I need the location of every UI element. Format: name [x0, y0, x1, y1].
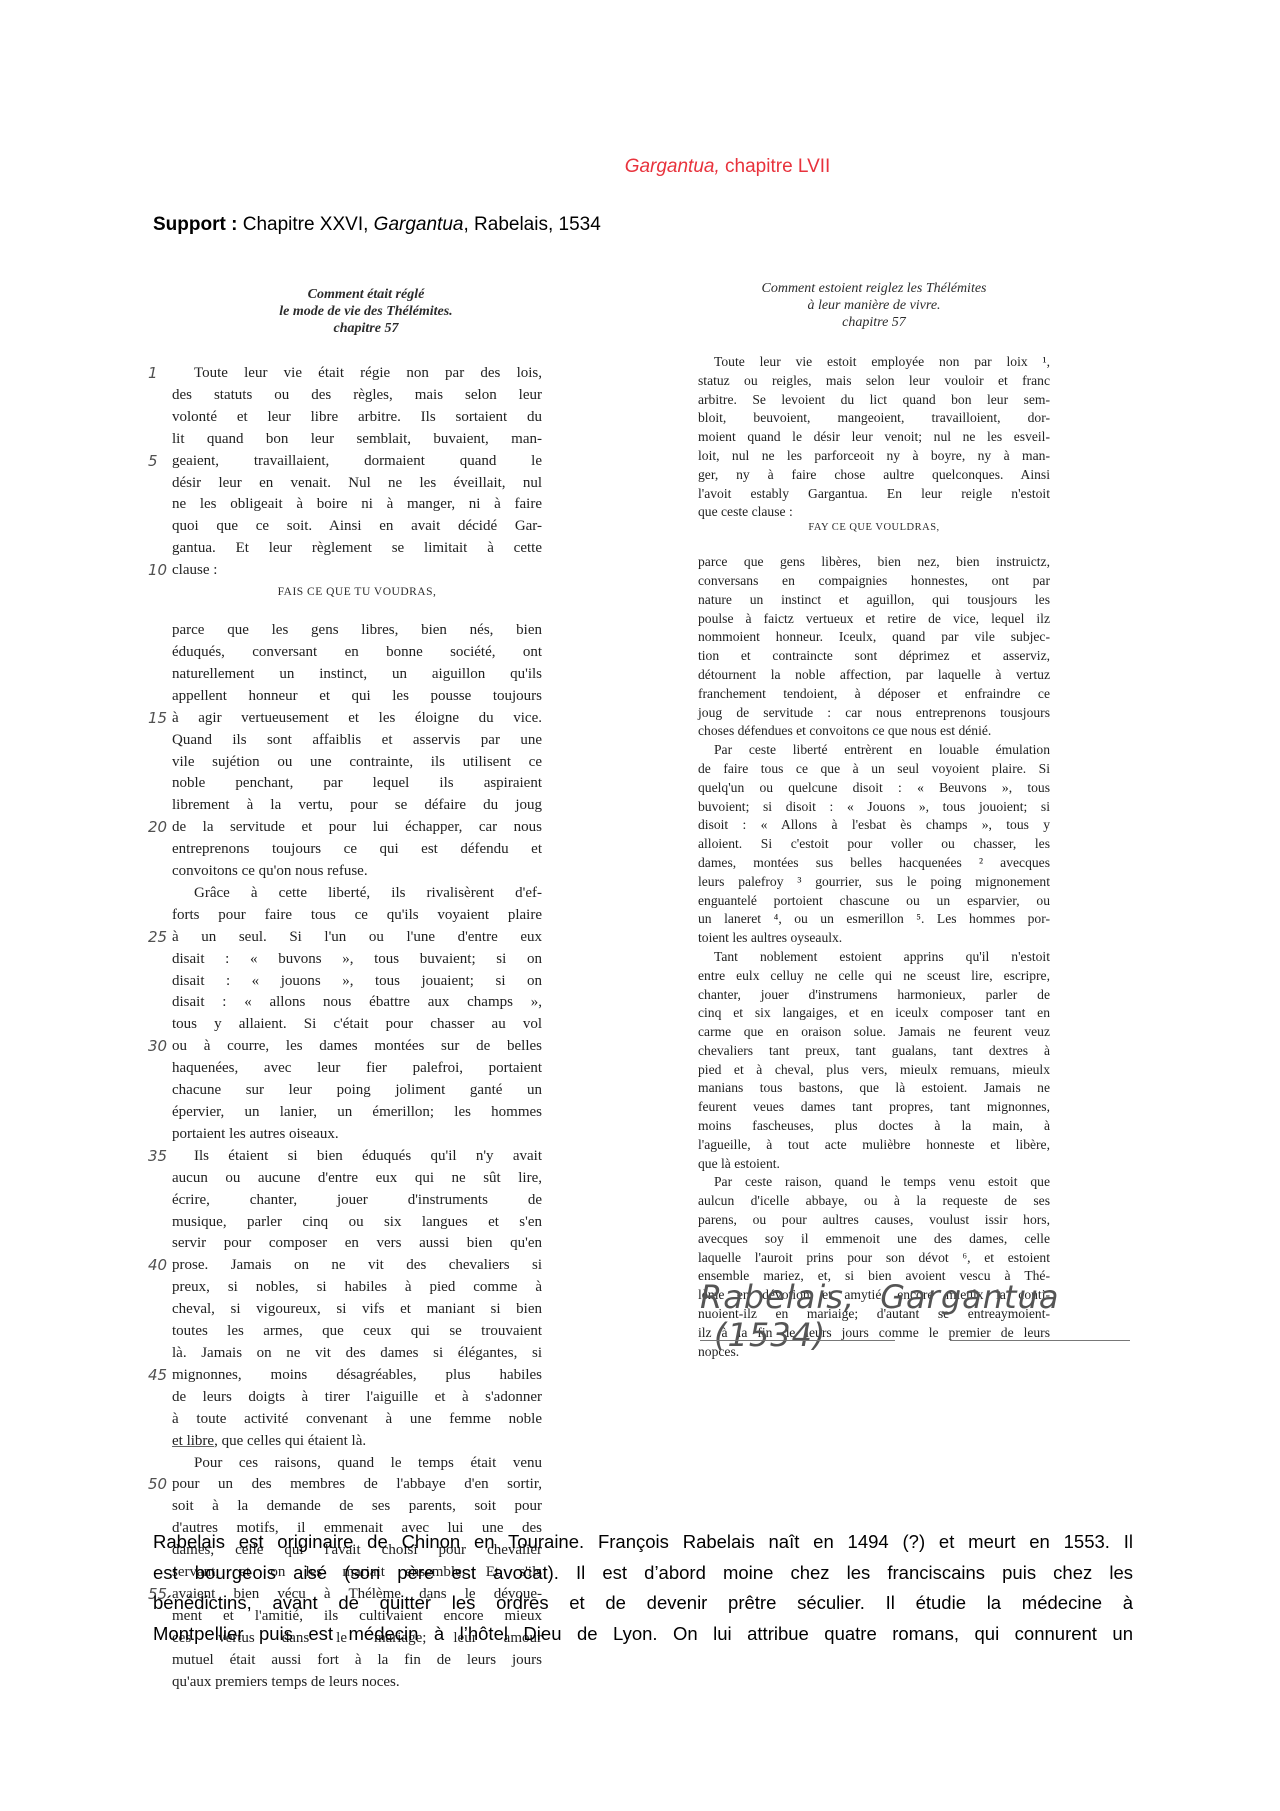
text-line: leurs palefroy ³ gourrier, sus le poing … [698, 873, 1050, 892]
text-line: Par ceste liberté entrèrent en louable é… [698, 741, 1050, 760]
biography-paragraph: Rabelais est originaire de Chinon en Tou… [153, 1527, 1133, 1649]
support-work: Gargantua [374, 214, 464, 235]
text-line: volonté et leur libre arbitre. Ils sorta… [172, 407, 542, 429]
text-line: disait : « buvons », tous buvaient; si o… [172, 949, 542, 971]
text-line: moient quand le désir leur venoit; nul n… [698, 428, 1050, 447]
text-line: de leurs doigts à tirer l'aiguille et à … [172, 1387, 542, 1409]
text-line: nommoient honneur. Iceulx, quand par vil… [698, 628, 1050, 647]
modern-text-block: Toute leur vie était régie non par des l… [150, 363, 542, 582]
text-line: prose. Jamais on ne vit des chevaliers s… [172, 1255, 542, 1277]
text-line: Pour ces raisons, quand le temps était v… [172, 1453, 542, 1475]
line-number: 20 [148, 817, 167, 839]
text-line: parens, ou pour aultres causes, voulust … [698, 1211, 1050, 1230]
text-line: manians tous bastons, que là estoient. J… [698, 1079, 1050, 1098]
text-line: servir pour composer en vers aussi bien … [172, 1233, 542, 1255]
line-number: 1 [148, 363, 158, 385]
text-line: loit, nul ne les parforceoit ny à boyre,… [698, 447, 1050, 466]
line-number: 5 [148, 451, 158, 473]
biography-line: Rabelais est originaire de Chinon en Tou… [153, 1527, 1133, 1558]
caption-author: Rabelais, [700, 1278, 855, 1316]
text-line: pour un des membres de l'abbaye d'en sor… [172, 1474, 542, 1496]
text-line: que là estoient. [698, 1155, 1050, 1174]
text-line: Ils étaient si bien éduqués qu'il n'y av… [172, 1146, 542, 1168]
text-line: toient les aultres oyseaulx. [698, 929, 1050, 948]
underlined-phrase: et libre [172, 1433, 214, 1449]
text-line: haquenées, avec leur fier palefroi, port… [172, 1058, 542, 1080]
caption-underline [950, 1340, 1130, 1341]
text-line: Tant noblement estoient apprins qu'il n'… [698, 948, 1050, 967]
text-line: aucun ou aucune d'entre eux qui ne sût l… [172, 1168, 542, 1190]
text-line: et libre, que celles qui étaient là. [172, 1431, 542, 1453]
text-line: geaient, travaillaient, dormaient quand … [172, 451, 542, 473]
modern-heading: Comment était réglé le mode de vie des T… [150, 286, 542, 337]
text-line: bloit, beuvoient, mangeoient, travailloi… [698, 409, 1050, 428]
original-text-block: parce que gens libères, bien nez, bien i… [698, 553, 1050, 1361]
text-line: convoitons ce qu'on nous refuse. [172, 861, 542, 883]
original-heading-chapter: chapitre 57 [698, 314, 1050, 331]
support-line: Support : Chapitre XXVI, Gargantua, Rabe… [153, 214, 601, 236]
text-line: écrire, chanter, jouer d'instruments de [172, 1190, 542, 1212]
text-line: mignonnes, moins désagréables, plus habi… [172, 1365, 542, 1387]
line-number: 50 [148, 1474, 167, 1496]
text-line: chevaliers tant preux, tant gualans, tan… [698, 1042, 1050, 1061]
handwritten-caption: Rabelais, Gargantua (1534) [700, 1278, 1130, 1348]
text-line: quoi que ce soit. Ainsi en avait décidé … [172, 516, 542, 538]
text-line: pied et à cheval, plus vers, mieulx remu… [698, 1061, 1050, 1080]
text-line: poulse à faictz vertueux et retire de vi… [698, 610, 1050, 629]
text-line: alloient. Si c'estoit pour voller ou cha… [698, 835, 1050, 854]
support-author-year: , Rabelais, 1534 [463, 214, 600, 235]
text-line: vile sujétion ou une contrainte, ils uti… [172, 752, 542, 774]
text-line: musique, parler cinq ou six langues et s… [172, 1212, 542, 1234]
text-line: conversans en compaignies honnestes, ont… [698, 572, 1050, 591]
text-line: soit à la demande de ses parents, soit p… [172, 1496, 542, 1518]
text-line: tous y allaient. Si c'était pour chasser… [172, 1014, 542, 1036]
modern-heading-line: Comment était réglé [190, 286, 542, 303]
text-line: qu'aux premiers temps de leurs noces. [172, 1672, 542, 1694]
text-line: noble penchant, par lequel ils aspiraien… [172, 773, 542, 795]
original-motto: FAY CE QUE VOULDRAS, [698, 522, 1050, 533]
text-line: disoit : « Allons à l'esbat ès champs »,… [698, 816, 1050, 835]
text-line: carme que en oraison solue. Jamais ne fe… [698, 1023, 1050, 1042]
biography-line: bénédictins, avant de quitter les ordres… [153, 1588, 1133, 1619]
text-line: chanter, jouer d'instrumens harmonieux, … [698, 986, 1050, 1005]
caption-work: Gargantua [880, 1278, 1059, 1316]
text-line: cinq et six langaiges, et en iceulx comp… [698, 1004, 1050, 1023]
title-work: Gargantua, [625, 156, 720, 177]
text-line: librement à la vertu, pour se défaire du… [172, 795, 542, 817]
original-heading-line: à leur manière de vivre. [698, 297, 1050, 314]
text-line: buvoient; si disoit : « Jouons », tous j… [698, 798, 1050, 817]
text-line: éduqués, conversant en bonne société, on… [172, 642, 542, 664]
text-line: preux, si nobles, si habiles à pied comm… [172, 1277, 542, 1299]
text-line: mutuel était aussi fort à la fin de leur… [172, 1650, 542, 1672]
text-line: laquelle l'auroit prins pour son dévot ⁶… [698, 1249, 1050, 1268]
text-line: l'agueille, à tout acte mulièbre honnest… [698, 1136, 1050, 1155]
text-line: statuz ou reigles, mais selon leur voulo… [698, 372, 1050, 391]
line-number: 25 [148, 927, 167, 949]
text-line: détournent la noble affection, par laque… [698, 666, 1050, 685]
text-line: de la servitude et pour lui échapper, ca… [172, 817, 542, 839]
text-line: Grâce à cette liberté, ils rivalisèrent … [172, 883, 542, 905]
line-number: 10 [148, 560, 167, 582]
text-line: arbitre. Se levoient du lict quand bon l… [698, 391, 1050, 410]
document-title: Gargantua, chapitre LVII [0, 156, 1280, 178]
support-label: Support : [153, 214, 237, 235]
text-line: entreprenons toujours ce qui est défendu… [172, 839, 542, 861]
line-number: 40 [148, 1255, 167, 1277]
text-line: cheval, si vigoureux, si vifs et maniant… [172, 1299, 542, 1321]
text-line: Toute leur vie estoit employée non par l… [698, 353, 1050, 372]
support-chapter: Chapitre XXVI, [237, 214, 373, 235]
text-line: à agir vertueusement et les éloigne du v… [172, 708, 542, 730]
text-line: ne les obligeait à boire ni à manger, ni… [172, 494, 542, 516]
text-line: entre eulx celluy ne celle qui ne sceust… [698, 967, 1050, 986]
text-line: épervier, un lanier, un émerillon; les h… [172, 1102, 542, 1124]
text-line: à un seul. Si l'un ou l'une d'entre eux2… [172, 927, 542, 949]
original-text-scan: Comment estoient reiglez les Thélémites … [698, 280, 1050, 1361]
original-text-block: Toute leur vie estoit employée non par l… [698, 353, 1050, 522]
text-line: nature un instinct et aguillon, qui tous… [698, 591, 1050, 610]
text-line: quelq'un ou quelcune disoit : « Beuvons … [698, 779, 1050, 798]
text-line: avecques soy il emmenoit une des dames, … [698, 1230, 1050, 1249]
text-line: parce que gens libères, bien nez, bien i… [698, 553, 1050, 572]
text-line: Par ceste raison, quand le temps venu es… [698, 1173, 1050, 1192]
text-line: feurent veues dames tant propres, tant m… [698, 1098, 1050, 1117]
text-line: disait : « allons nous ébattre aux champ… [172, 992, 542, 1014]
biography-line: est bourgeois aisé (son père est avocat)… [153, 1558, 1133, 1589]
line-number: 45 [148, 1365, 167, 1387]
text-line: moins fascheuses, plus doctes à la main,… [698, 1117, 1050, 1136]
text-line: gantua. Et leur règlement se limitait à … [172, 538, 542, 560]
text-line: un laneret ⁴, ou un esmerillon ⁵. Les ho… [698, 910, 1050, 929]
text-line: que ceste clause : [698, 503, 1050, 522]
text-line: joug de servitude : car nous entreprenon… [698, 704, 1050, 723]
text-line: ger, ny à faire chose aultre quelconques… [698, 466, 1050, 485]
text-line: clause :10 [172, 560, 542, 582]
text-line: naturellement un instinct, un aiguillon … [172, 664, 542, 686]
original-heading-line: Comment estoient reiglez les Thélémites [698, 280, 1050, 297]
original-heading: Comment estoient reiglez les Thélémites … [698, 280, 1050, 331]
modern-translation-scan: Comment était réglé le mode de vie des T… [150, 286, 542, 1693]
text-line: portaient les autres oiseaux. [172, 1124, 542, 1146]
line-number: 30 [148, 1036, 167, 1058]
text-line: enguantelé portoient chascune ou un espa… [698, 892, 1050, 911]
text-line: ou à courre, les dames montées sur de be… [172, 1036, 542, 1058]
modern-heading-chapter: chapitre 57 [190, 320, 542, 337]
text-line: de faire tous ce que à un seul voyoient … [698, 760, 1050, 779]
modern-motto: FAIS CE QUE TU VOUDRAS, [172, 586, 542, 598]
text-line: des statuts ou des règles, mais selon le… [172, 385, 542, 407]
text-line: toutes les armes, que ceux qui se trouva… [172, 1321, 542, 1343]
title-chapter: chapitre LVII [720, 156, 831, 177]
line-number: 15 [148, 708, 167, 730]
text-line: appellent honneur et qui les pousse touj… [172, 686, 542, 708]
text-line: Quand ils sont affaiblis et asservis par… [172, 730, 542, 752]
caption-year: (1534) [714, 1316, 826, 1354]
text-line: dames, montées sus belles hacquenées ² a… [698, 854, 1050, 873]
text-line: là. Jamais on ne vit des dames si élégan… [172, 1343, 542, 1365]
biography-line: Montpellier puis est médecin à l’hôtel D… [153, 1619, 1133, 1650]
text-line: aulcun d'icelle abbaye, ou à la requeste… [698, 1192, 1050, 1211]
text-line: disait : « jouons », tous jouaient; si o… [172, 971, 542, 993]
text-line: lit quand bon leur semblait, buvaient, m… [172, 429, 542, 451]
line-number: 35 [148, 1146, 167, 1168]
text-line: tion et contraincte sont déprimez et ass… [698, 647, 1050, 666]
text-line: désir leur en venait. Nul ne les éveilla… [172, 473, 542, 495]
text-line: chacune sur leur poing joliment ganté un [172, 1080, 542, 1102]
text-line: choses défendues et convoitons ce que no… [698, 722, 1050, 741]
text-line: à toute activité convenant à une femme n… [172, 1409, 542, 1431]
text-line: l'avoit estably Gargantua. En leur reigl… [698, 485, 1050, 504]
text-line: Toute leur vie était régie non par des l… [172, 363, 542, 385]
text-line: franchement tendoient, à déposer et enfr… [698, 685, 1050, 704]
text-line: parce que les gens libres, bien nés, bie… [172, 620, 542, 642]
caption-underline [700, 1340, 895, 1341]
modern-heading-line: le mode de vie des Thélémites. [190, 303, 542, 320]
text-line: forts pour faire tous ce qu'ils voyaient… [172, 905, 542, 927]
